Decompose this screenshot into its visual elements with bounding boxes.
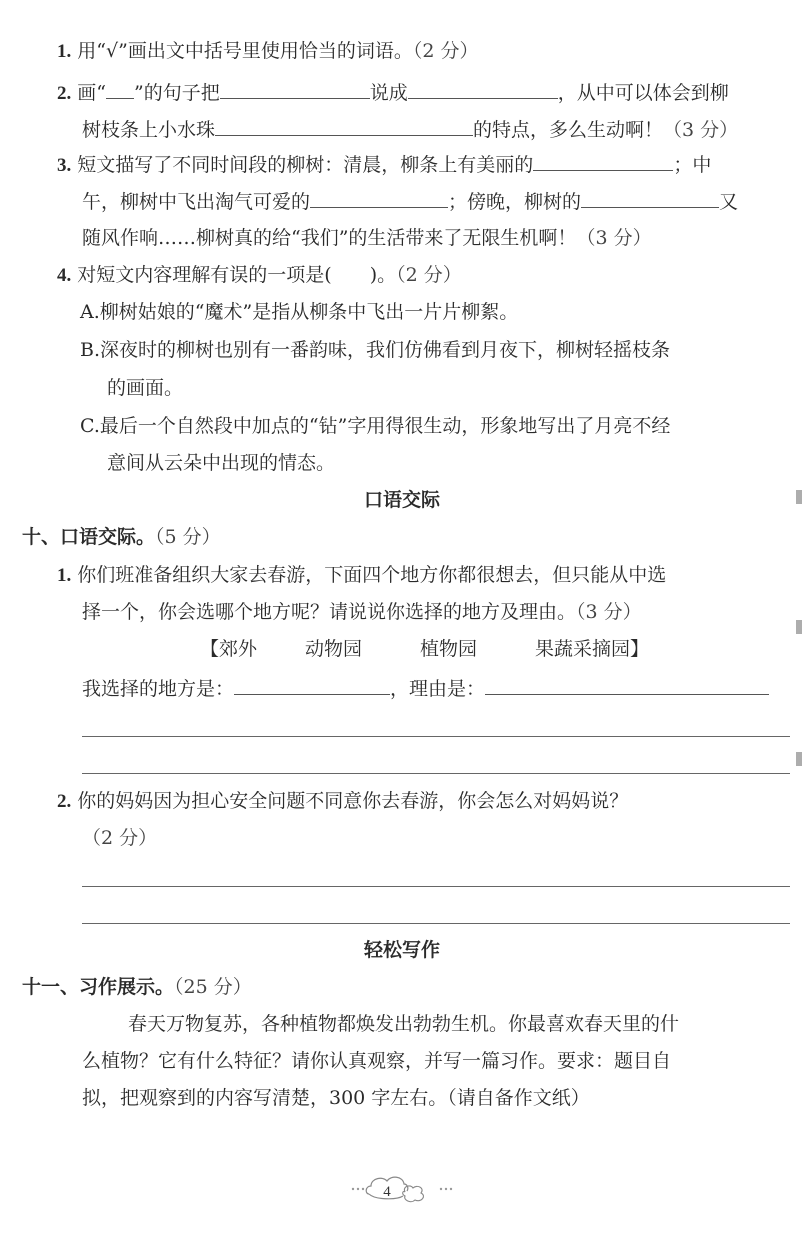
text: 随风作响……柳树真的给“我们”的生活带来了无限生机啊！	[82, 227, 576, 249]
oral-question-1-line-1: 1. 你们班准备组织大家去春游，下面四个地方你都很想去，但只能从中选	[57, 562, 666, 589]
answer-line[interactable]	[82, 923, 790, 924]
question-3-line-1: 3. 短文描写了不同时间段的柳树：清晨，柳条上有美丽的；中	[57, 150, 711, 179]
place-option: 植物园	[420, 636, 535, 662]
question-number: 3.	[57, 155, 71, 176]
answer-line[interactable]	[82, 773, 790, 774]
oral-question-2-score: （2 分）	[82, 825, 157, 851]
question-number: 4.	[57, 265, 71, 286]
writing-prompt-line-2: 么植物？它有什么特征？请你认真观察，并写一篇习作。要求：题目自	[82, 1048, 671, 1074]
section-heading-writing: 十一、习作展示。（25 分）	[22, 974, 252, 1000]
text: 择一个，你会选哪个地方呢？请说说你选择的地方及理由。	[82, 601, 576, 623]
question-number: 2.	[57, 83, 71, 104]
score: （25 分）	[174, 976, 252, 998]
text: 又	[719, 191, 738, 213]
heading: 十、口语交际。	[22, 526, 155, 548]
option-c[interactable]: C.最后一个自然段中加点的“钻”字用得很生动，形象地写出了月亮不经	[80, 413, 670, 439]
option-text: 最后一个自然段中加点的“钻”字用得很生动，形象地写出了月亮不经	[100, 415, 670, 437]
answer-line[interactable]	[82, 736, 790, 737]
option-text: 的画面。	[107, 377, 183, 399]
page-footer: 4	[0, 1172, 804, 1210]
option-a[interactable]: A.柳树姑娘的“魔术”是指从柳条中飞出一片片柳絮。	[80, 299, 518, 325]
edge-mark	[796, 752, 802, 766]
blank-line[interactable]	[310, 187, 448, 208]
text: 你的妈妈因为担心安全问题不同意你去春游，你会怎么对妈妈说？	[77, 790, 628, 812]
text: ，从中可以体会到柳	[558, 82, 729, 104]
score: （2 分）	[82, 827, 157, 849]
question-3-line-2: 午，柳树中飞出淘气可爱的；傍晚，柳树的又	[82, 187, 738, 215]
reason-blank[interactable]	[485, 674, 769, 695]
question-1: 1. 用“√”画出文中括号里使用恰当的词语。（2 分）	[57, 38, 478, 65]
option-text: 柳树姑娘的“魔术”是指从柳条中飞出一片片柳絮。	[100, 301, 518, 323]
blank-line[interactable]	[215, 115, 473, 136]
text: 树枝条上小水珠	[82, 119, 215, 141]
cloud-page-badge-icon: 4	[347, 1172, 457, 1206]
choice-line: 我选择的地方是：，理由是：	[82, 674, 769, 702]
writing-prompt-line-1: 春天万物复苏，各种植物都焕发出勃勃生机。你最喜欢春天里的什	[128, 1011, 679, 1037]
choice-label: 我选择的地方是：	[82, 678, 234, 700]
answer-line[interactable]	[82, 886, 790, 887]
edge-mark	[796, 490, 802, 504]
blank-line[interactable]	[581, 187, 719, 208]
question-number: 1.	[57, 41, 71, 62]
option-text: 意间从云朵中出现的情态。	[107, 452, 335, 474]
option-c-continued: 意间从云朵中出现的情态。	[107, 450, 335, 476]
score: （5 分）	[155, 526, 221, 548]
place-option: 动物园	[305, 636, 420, 662]
edge-mark	[796, 620, 802, 634]
choice-blank[interactable]	[234, 674, 390, 695]
option-label: C.	[80, 415, 100, 437]
question-3-line-3: 随风作响……柳树真的给“我们”的生活带来了无限生机啊！（3 分）	[82, 225, 652, 251]
question-2-line-2: 树枝条上小水珠的特点，多么生动啊！（3 分）	[82, 115, 738, 143]
option-text: 深夜时的柳树也别有一番韵味，我们仿佛看到月夜下，柳树轻摇枝条	[100, 339, 670, 361]
option-label: A.	[80, 301, 100, 323]
text: 午，柳树中飞出淘气可爱的	[82, 191, 310, 213]
blank-line[interactable]	[106, 78, 134, 99]
score: （2 分）	[396, 264, 462, 286]
heading: 十一、习作展示。	[22, 976, 174, 998]
place-option: 果蔬采摘园】	[535, 636, 649, 662]
reason-label: ，理由是：	[390, 678, 485, 700]
oral-question-1-line-2: 择一个，你会选哪个地方呢？请说说你选择的地方及理由。（3 分）	[82, 599, 642, 625]
question-text: 用“√”画出文中括号里使用恰当的词语。	[77, 40, 413, 62]
question-4: 4. 对短文内容理解有误的一项是( )。（2 分）	[57, 262, 462, 289]
score: （3 分）	[576, 601, 642, 623]
blank-line[interactable]	[408, 78, 558, 99]
question-number: 1.	[57, 565, 71, 586]
section-title-writing: 轻松写作	[0, 937, 804, 963]
score: （3 分）	[663, 119, 738, 141]
place-option: 【郊外	[200, 636, 305, 662]
text: 的特点，多么生动啊！	[473, 119, 663, 141]
text: 说成	[370, 82, 408, 104]
text: ；中	[673, 154, 711, 176]
oral-question-2-line-1: 2. 你的妈妈因为担心安全问题不同意你去春游，你会怎么对妈妈说？	[57, 788, 628, 815]
text: 画“	[77, 82, 106, 104]
page-number: 4	[383, 1184, 391, 1200]
score: （2 分）	[413, 40, 479, 62]
option-b-continued: 的画面。	[107, 375, 183, 401]
text: 你们班准备组织大家去春游，下面四个地方你都很想去，但只能从中选	[77, 564, 666, 586]
place-options: 【郊外动物园植物园果蔬采摘园】	[200, 636, 649, 662]
score: （3 分）	[576, 227, 651, 249]
question-2-line-1: 2. 画“”的句子把说成，从中可以体会到柳	[57, 78, 729, 107]
section-title-oral: 口语交际	[0, 487, 804, 513]
blank-line[interactable]	[533, 150, 673, 171]
text: ；傍晚，柳树的	[448, 191, 581, 213]
question-text: 对短文内容理解有误的一项是( )。	[77, 264, 396, 286]
section-heading-oral: 十、口语交际。（5 分）	[22, 524, 221, 550]
text: 短文描写了不同时间段的柳树：清晨，柳条上有美丽的	[77, 154, 533, 176]
writing-prompt-line-3: 拟，把观察到的内容写清楚，300 字左右。（请自备作文纸）	[82, 1085, 590, 1111]
text: ”的句子把	[134, 82, 220, 104]
blank-line[interactable]	[220, 78, 370, 99]
question-number: 2.	[57, 791, 71, 812]
option-label: B.	[80, 339, 100, 361]
option-b[interactable]: B.深夜时的柳树也别有一番韵味，我们仿佛看到月夜下，柳树轻摇枝条	[80, 337, 670, 363]
